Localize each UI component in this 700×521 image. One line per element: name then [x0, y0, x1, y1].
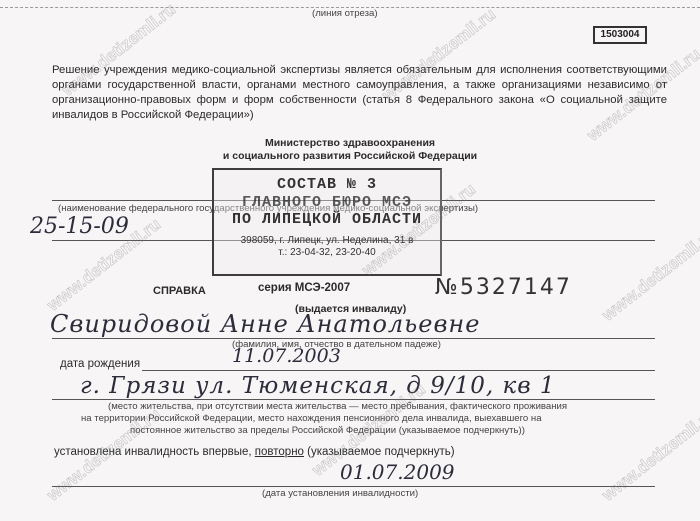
disability-suffix: (указываемое подчеркнуть)	[304, 446, 455, 458]
stamp-address: 398059, г. Липецк, ул. Неделина, 31 в	[214, 235, 440, 246]
stamp-line-3: ПО ЛИПЕЦКОЙ ОБЛАСТИ	[214, 211, 440, 228]
disability-date-line	[52, 486, 655, 487]
disability-selected-option: повторно	[255, 446, 304, 458]
stamp-phones: т.: 23-04-32, 23-20-40	[214, 247, 440, 258]
address-caption-line-2: на территории Российской Федерации, мест…	[81, 413, 542, 424]
stamp-line-1: СОСТАВ № 3	[214, 176, 440, 193]
legal-notice: Решение учреждения медико-социальной экс…	[52, 63, 667, 123]
address-caption-line-1: (место жительства, при отсутствии места …	[108, 401, 567, 412]
address-handwritten: г. Грязи ул. Тюменская, д 9/10, кв 1	[80, 373, 556, 399]
stamp-line-2: ГЛАВНОГО БЮРО МСЭ	[214, 194, 440, 211]
birth-date-handwritten: 11.07.2003	[232, 345, 341, 367]
form-number: 1503004	[593, 26, 647, 44]
certificate-title: СПРАВКА	[153, 285, 206, 297]
address-caption-line-3: постоянное жительство за пределы Российс…	[130, 425, 525, 436]
cut-line-label: (линия отреза)	[312, 8, 378, 19]
disability-certificate: (линия отреза) 1503004 Решение учреждени…	[0, 0, 700, 521]
disability-prefix: установлена инвалидность впервые,	[54, 446, 255, 458]
ministry-header: Министерство здравоохранения и социально…	[150, 137, 550, 163]
certificate-number: №5327147	[435, 275, 572, 300]
ministry-line-2: и социального развития Российской Федера…	[150, 150, 550, 163]
watermark: www.detizemli.ru	[598, 405, 700, 506]
birth-date-line	[142, 370, 655, 371]
full-name-handwritten: Свиридовой Анне Анатольевне	[50, 310, 480, 338]
official-stamp: СОСТАВ № 3 ГЛАВНОГО БЮРО МСЭ ПО ЛИПЕЦКОЙ…	[212, 168, 442, 276]
disability-date-handwritten: 01.07.2009	[340, 460, 455, 484]
birth-date-label: дата рождения	[60, 358, 140, 370]
handwritten-code: 25-15-09	[30, 214, 129, 239]
disability-status: установлена инвалидность впервые, повтор…	[54, 446, 455, 458]
address-line	[52, 399, 655, 400]
ministry-line-1: Министерство здравоохранения	[150, 137, 550, 150]
certificate-series: серия МСЭ-2007	[258, 282, 350, 294]
disability-date-caption: (дата установления инвалидности)	[262, 488, 418, 499]
